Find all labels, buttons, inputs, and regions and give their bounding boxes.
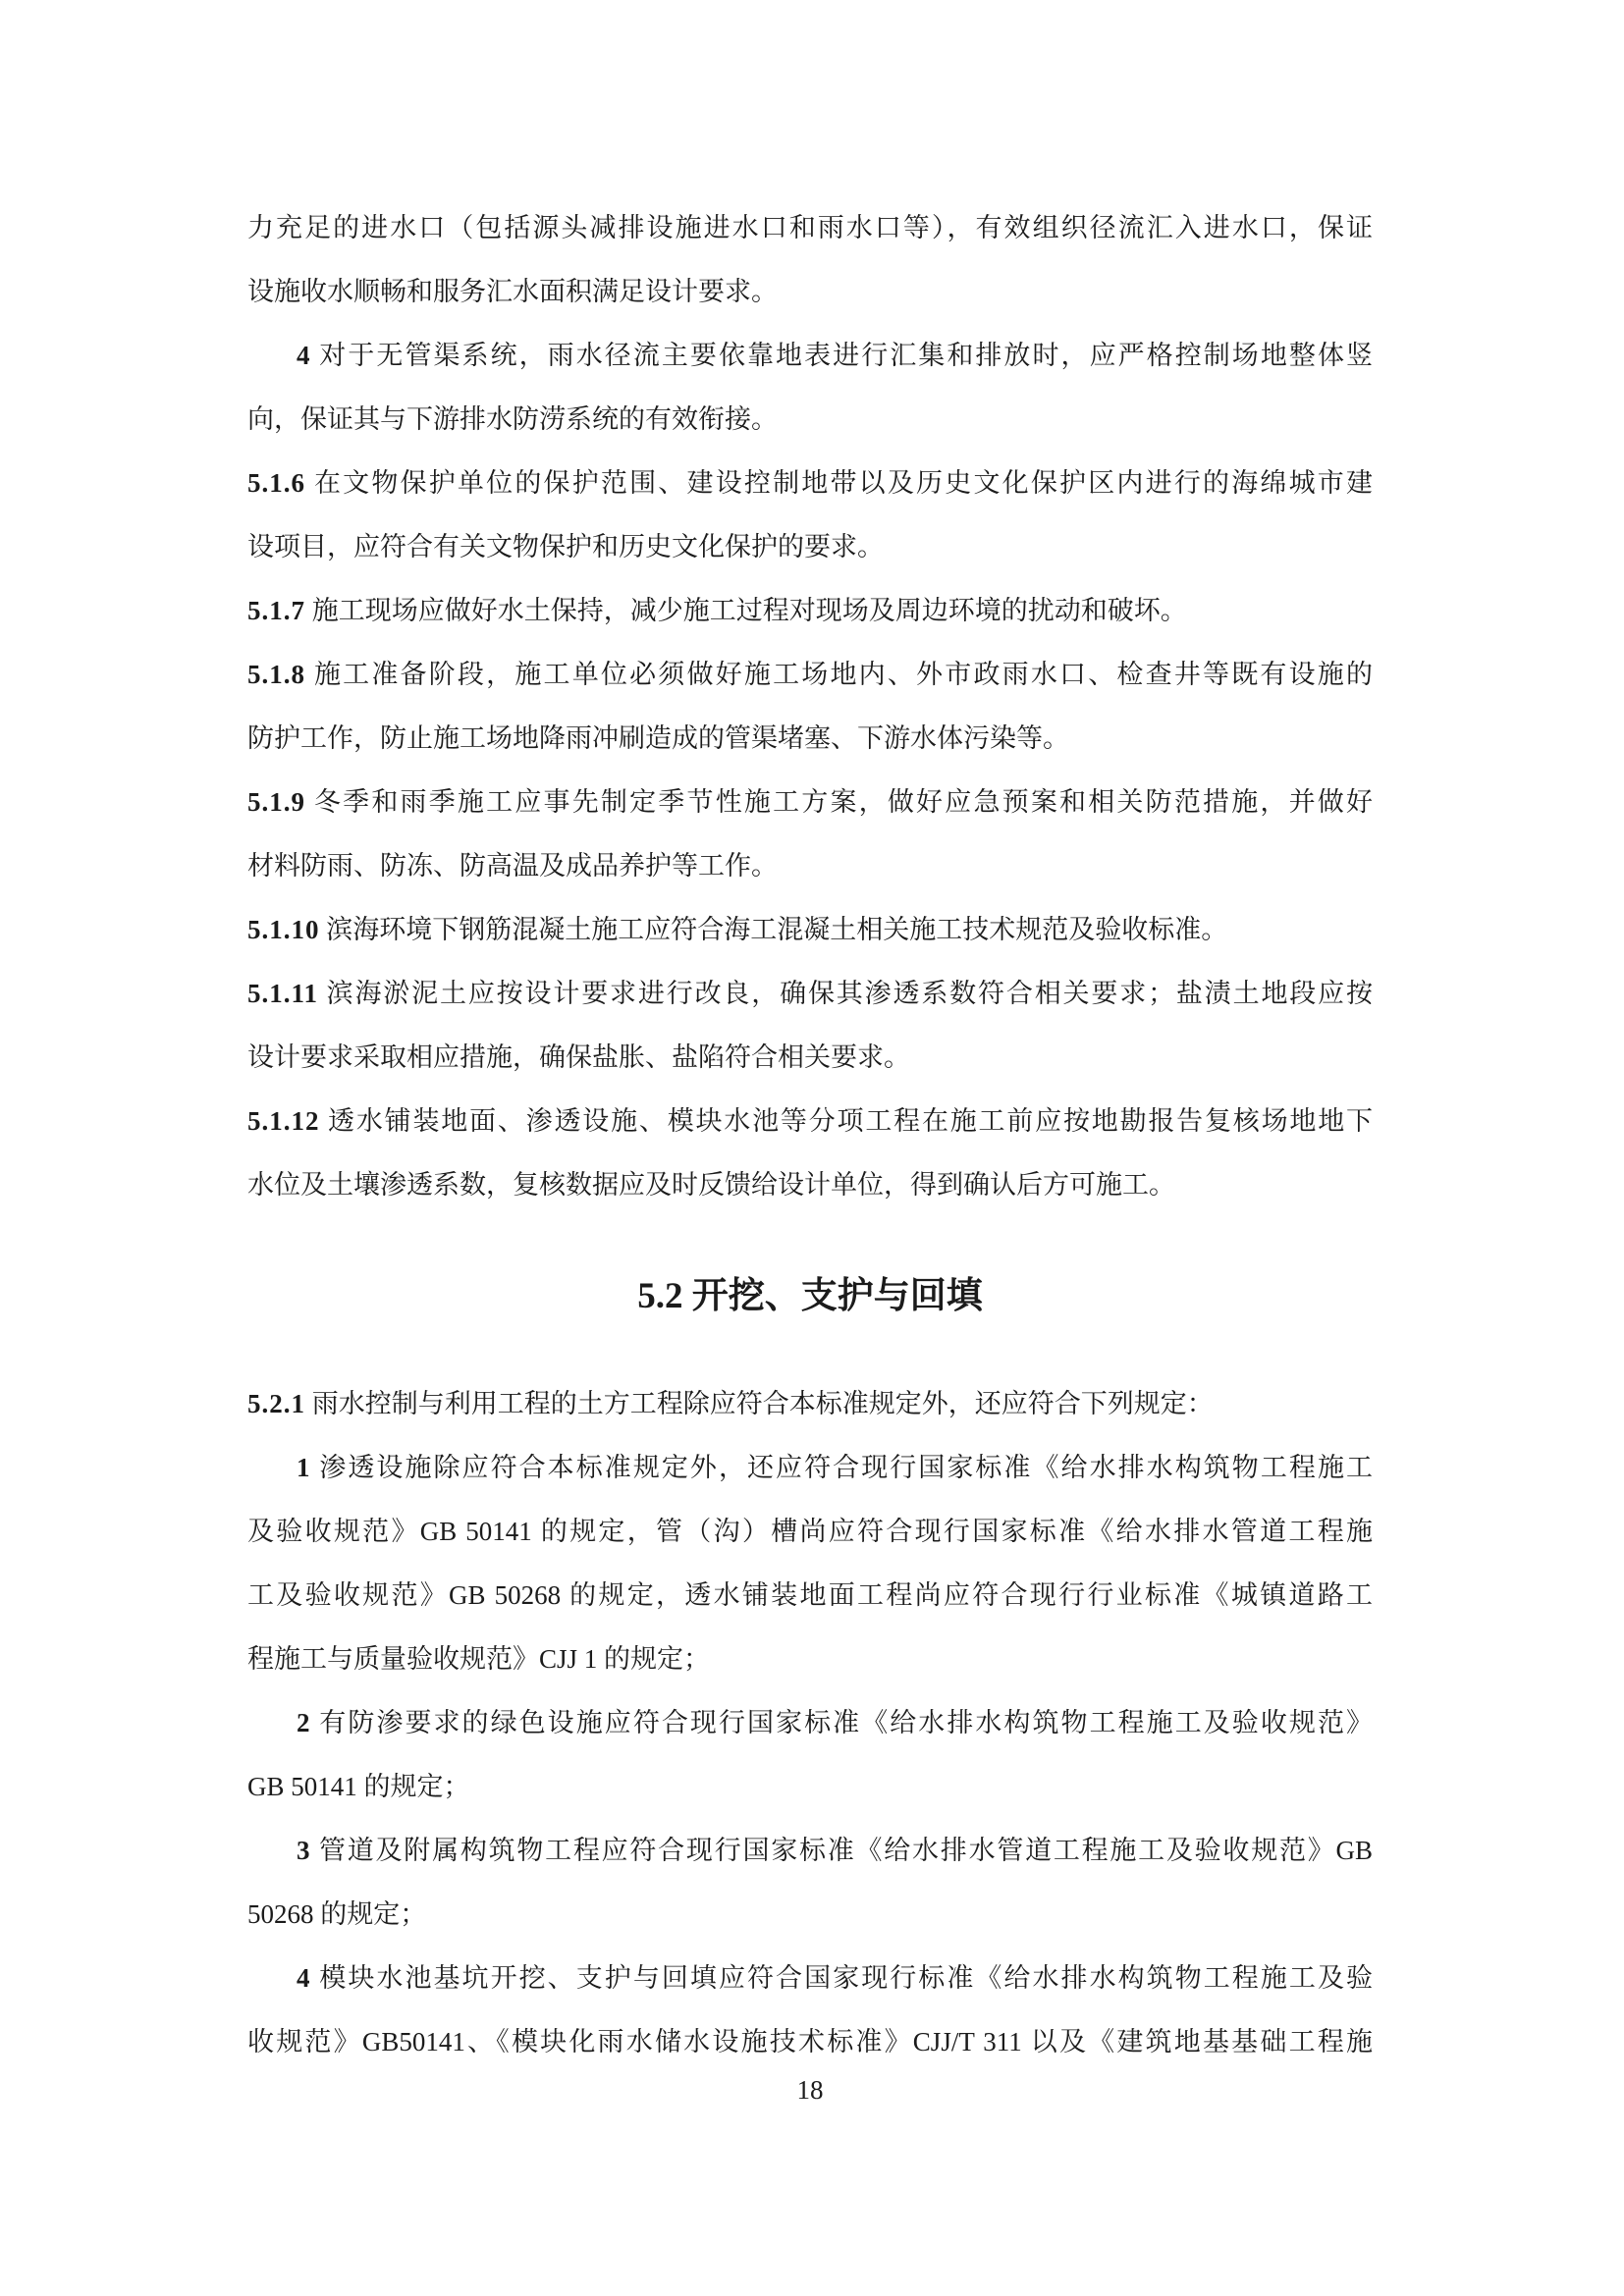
clause-number: 5.1.11 (247, 979, 318, 1008)
clause-number: 5.1.8 (247, 660, 305, 689)
text-line: 4 对于无管渠系统，雨水径流主要依靠地表进行汇集和排放时，应严格控制场地整体竖 (247, 324, 1373, 388)
text-line: 5.1.12 透水铺装地面、渗透设施、模块水池等分项工程在施工前应按地勘报告复核… (247, 1090, 1373, 1153)
clause-number: 4 (297, 341, 311, 370)
text-block-top: 力充足的进水口（包括源头减排设施进水口和雨水口等），有效组织径流汇入进水口，保证… (247, 196, 1373, 1217)
clause-number: 5.2.1 (247, 1389, 305, 1418)
text-line: 防护工作，防止施工场地降雨冲刷造成的管渠堵塞、下游水体污染等。 (247, 707, 1373, 771)
document-page: 力充足的进水口（包括源头减排设施进水口和雨水口等），有效组织径流汇入进水口，保证… (0, 0, 1624, 2296)
clause-number: 3 (297, 1836, 311, 1865)
text-line: 向，保证其与下游排水防涝系统的有效衔接。 (247, 388, 1373, 452)
text-line: 5.2.1 雨水控制与利用工程的土方工程除应符合本标准规定外，还应符合下列规定： (247, 1372, 1373, 1436)
text-line: 程施工与质量验收规范》CJJ 1 的规定； (247, 1628, 1373, 1691)
clause-number: 2 (297, 1708, 311, 1737)
text-line: 工及验收规范》GB 50268 的规定，透水铺装地面工程尚应符合现行行业标准《城… (247, 1564, 1373, 1628)
text-line: 4 模块水池基坑开挖、支护与回填应符合国家现行标准《给水排水构筑物工程施工及验 (247, 1947, 1373, 2010)
text-line: 5.1.11 滨海淤泥土应按设计要求进行改良，确保其渗透系数符合相关要求；盐渍土… (247, 962, 1373, 1026)
text-line: 设施收水顺畅和服务汇水面积满足设计要求。 (247, 260, 1373, 324)
clause-number: 5.1.7 (247, 596, 305, 625)
clause-number: 5.1.9 (247, 787, 305, 817)
text-line: 50268 的规定； (247, 1883, 1373, 1947)
text-line: 5.1.10 滨海环境下钢筋混凝土施工应符合海工混凝土相关施工技术规范及验收标准… (247, 898, 1373, 962)
section-heading: 5.2 开挖、支护与回填 (247, 1264, 1373, 1328)
text-line: 力充足的进水口（包括源头减排设施进水口和雨水口等），有效组织径流汇入进水口，保证 (247, 196, 1373, 260)
text-line: GB 50141 的规定； (247, 1755, 1373, 1819)
text-block-bottom: 5.2.1 雨水控制与利用工程的土方工程除应符合本标准规定外，还应符合下列规定：… (247, 1372, 1373, 2074)
clause-number: 5.1.12 (247, 1106, 320, 1136)
clause-number: 5.1.6 (247, 468, 305, 498)
page-number: 18 (247, 2074, 1373, 2106)
text-line: 及验收规范》GB 50141 的规定，管（沟）槽尚应符合现行国家标准《给水排水管… (247, 1500, 1373, 1564)
text-line: 收规范》GB50141、《模块化雨水储水设施技术标准》CJJ/T 311 以及《… (247, 2010, 1373, 2074)
text-line: 1 渗透设施除应符合本标准规定外，还应符合现行国家标准《给水排水构筑物工程施工 (247, 1436, 1373, 1500)
text-line: 5.1.7 施工现场应做好水土保持，减少施工过程对现场及周边环境的扰动和破坏。 (247, 579, 1373, 643)
text-line: 5.1.9 冬季和雨季施工应事先制定季节性施工方案，做好应急预案和相关防范措施，… (247, 771, 1373, 834)
text-line: 设项目，应符合有关文物保护和历史文化保护的要求。 (247, 515, 1373, 579)
text-line: 5.1.6 在文物保护单位的保护范围、建设控制地带以及历史文化保护区内进行的海绵… (247, 452, 1373, 515)
text-line: 材料防雨、防冻、防高温及成品养护等工作。 (247, 834, 1373, 898)
clause-number: 5.1.10 (247, 915, 320, 944)
text-line: 2 有防渗要求的绿色设施应符合现行国家标准《给水排水构筑物工程施工及验收规范》 (247, 1691, 1373, 1755)
text-line: 水位及土壤渗透系数，复核数据应及时反馈给设计单位，得到确认后方可施工。 (247, 1153, 1373, 1217)
text-line: 设计要求采取相应措施，确保盐胀、盐陷符合相关要求。 (247, 1026, 1373, 1090)
clause-number: 1 (297, 1453, 311, 1482)
text-line: 5.1.8 施工准备阶段，施工单位必须做好施工场地内、外市政雨水口、检查井等既有… (247, 643, 1373, 707)
clause-number: 4 (297, 1963, 311, 1993)
text-line: 3 管道及附属构筑物工程应符合现行国家标准《给水排水管道工程施工及验收规范》GB (247, 1819, 1373, 1883)
